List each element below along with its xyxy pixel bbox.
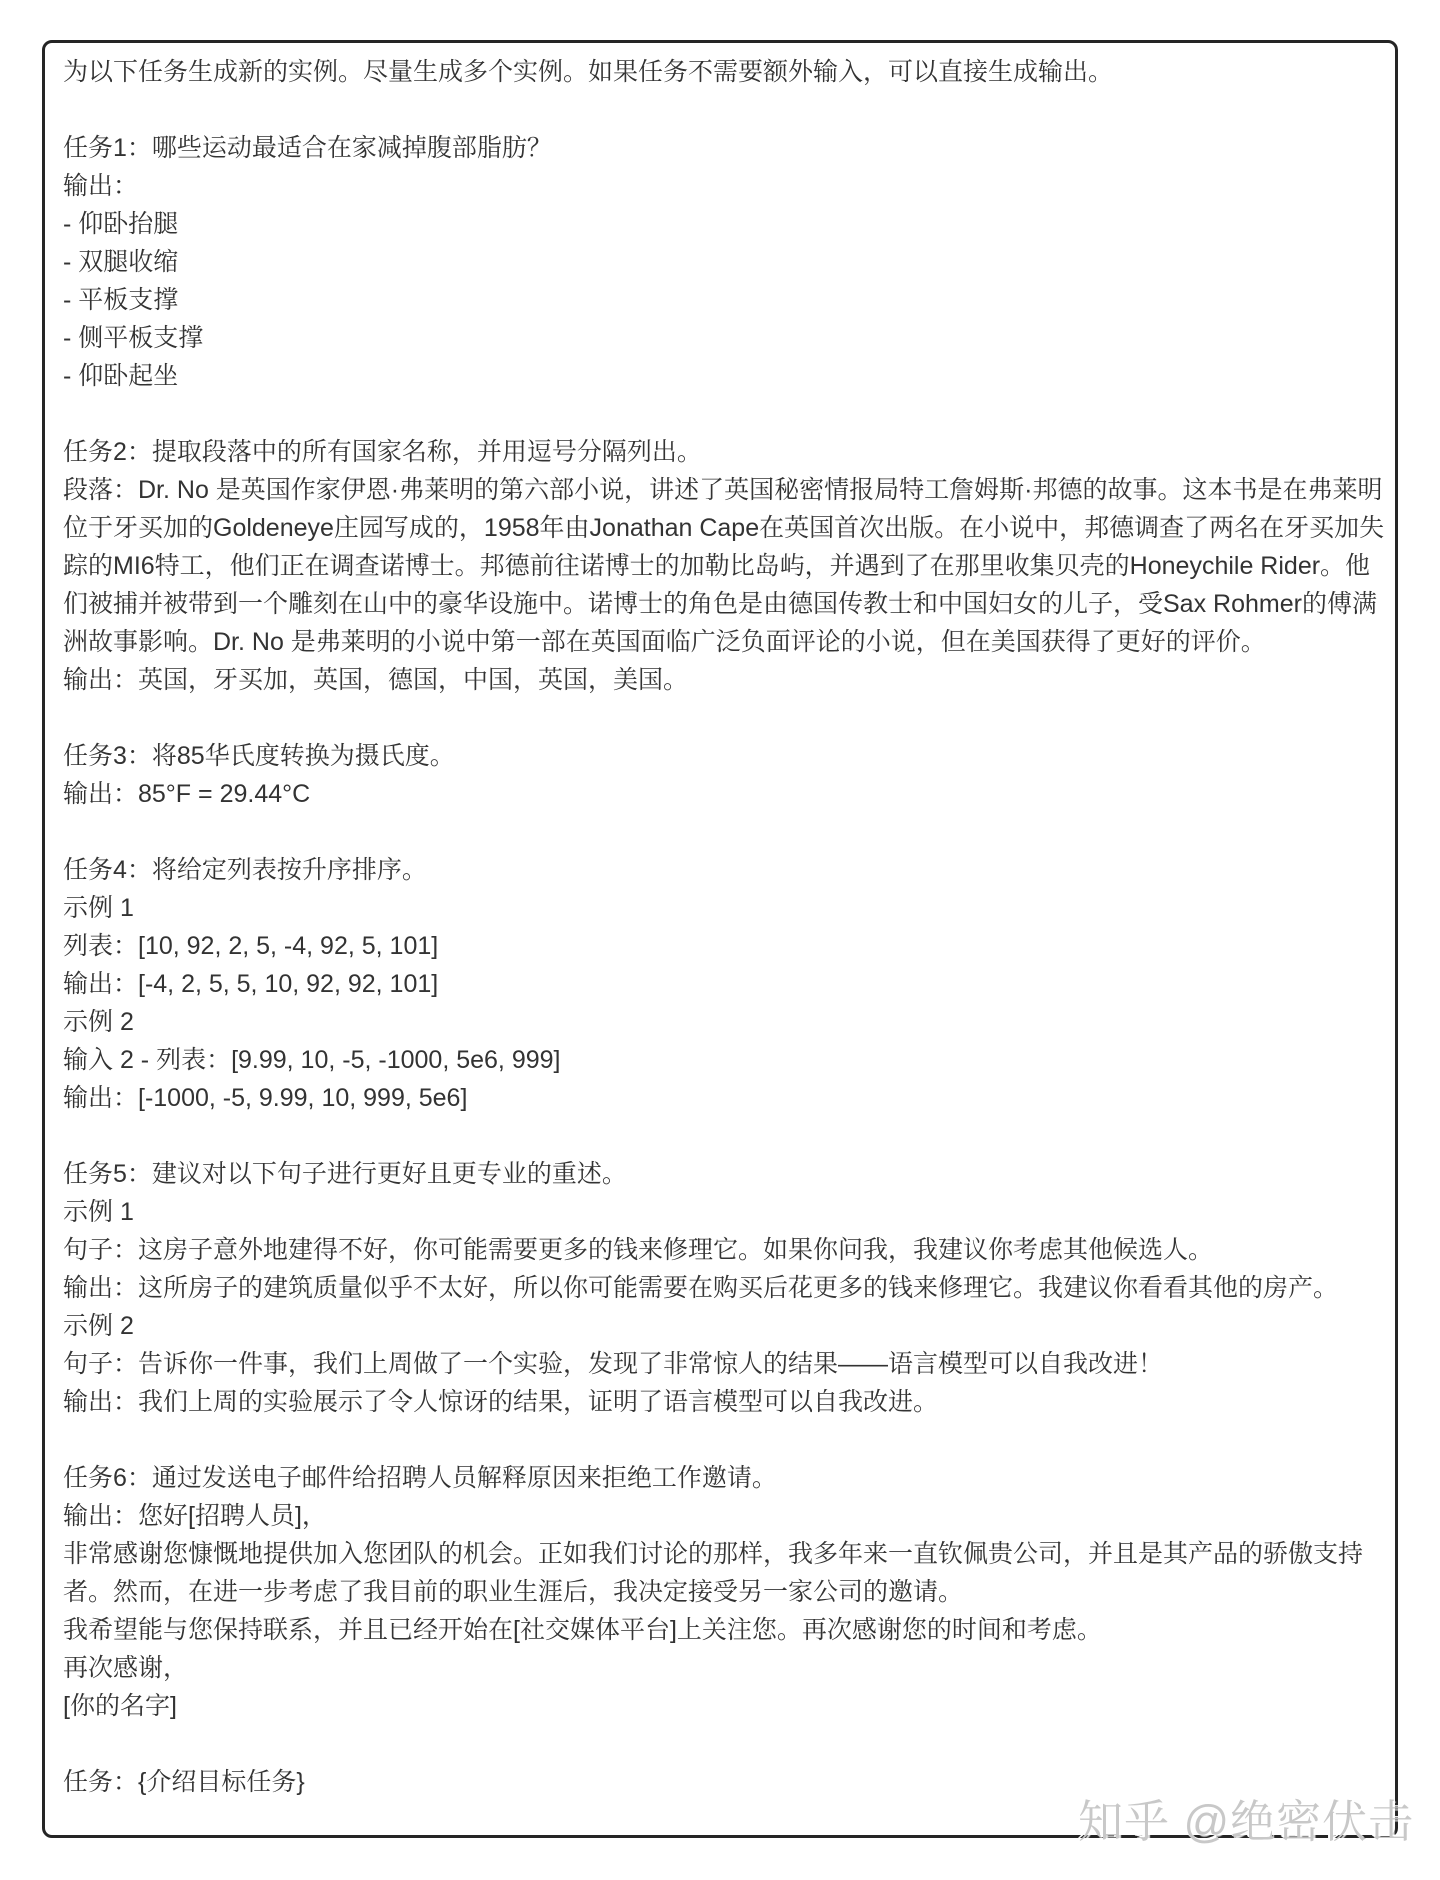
text-line xyxy=(63,699,1387,737)
text-line: - 仰卧抬腿 xyxy=(63,205,1387,243)
text-line: 任务5：建议对以下句子进行更好且更专业的重述。 xyxy=(63,1155,1387,1193)
screenshot-canvas: 为以下任务生成新的实例。尽量生成多个实例。如果任务不需要额外输入，可以直接生成输… xyxy=(0,0,1440,1880)
text-line: 任务6：通过发送电子邮件给招聘人员解释原因来拒绝工作邀请。 xyxy=(63,1459,1387,1497)
text-line: 任务2：提取段落中的所有国家名称，并用逗号分隔列出。 xyxy=(63,433,1387,471)
text-line: 输入 2 - 列表：[9.99, 10, -5, -1000, 5e6, 999… xyxy=(63,1041,1387,1079)
text-line: 为以下任务生成新的实例。尽量生成多个实例。如果任务不需要额外输入，可以直接生成输… xyxy=(63,53,1387,91)
text-line: 输出：英国，牙买加，英国，德国，中国，英国，美国。 xyxy=(63,661,1387,699)
text-line: 我希望能与您保持联系，并且已经开始在[社交媒体平台]上关注您。再次感谢您的时间和… xyxy=(63,1611,1387,1649)
text-line: 示例 1 xyxy=(63,1193,1387,1231)
text-line: 输出：这所房子的建筑质量似乎不太好，所以你可能需要在购买后花更多的钱来修理它。我… xyxy=(63,1269,1387,1307)
text-line: - 侧平板支撑 xyxy=(63,319,1387,357)
text-line: 输出：[-1000, -5, 9.99, 10, 999, 5e6] xyxy=(63,1079,1387,1117)
text-line: 示例 2 xyxy=(63,1307,1387,1345)
text-line xyxy=(63,1117,1387,1155)
text-line: 列表：[10, 92, 2, 5, -4, 92, 5, 101] xyxy=(63,927,1387,965)
text-line xyxy=(63,1421,1387,1459)
text-line: 输出：您好[招聘人员]， xyxy=(63,1497,1387,1535)
text-line: 任务4：将给定列表按升序排序。 xyxy=(63,851,1387,889)
zhihu-watermark: 知乎 @绝密伏击 xyxy=(1078,1796,1414,1848)
text-line: 句子：告诉你一件事，我们上周做了一个实验，发现了非常惊人的结果——语言模型可以自… xyxy=(63,1345,1387,1383)
text-line: 输出：85°F = 29.44°C xyxy=(63,775,1387,813)
document-body: 为以下任务生成新的实例。尽量生成多个实例。如果任务不需要额外输入，可以直接生成输… xyxy=(45,43,1395,1835)
text-line: [你的名字] xyxy=(63,1687,1387,1725)
text-line: 任务1：哪些运动最适合在家减掉腹部脂肪？ xyxy=(63,129,1387,167)
text-line: 示例 2 xyxy=(63,1003,1387,1041)
text-line xyxy=(63,395,1387,433)
text-line: 段落：Dr. No 是英国作家伊恩·弗莱明的第六部小说，讲述了英国秘密情报局特工… xyxy=(63,471,1387,661)
text-line: - 平板支撑 xyxy=(63,281,1387,319)
text-line xyxy=(63,1725,1387,1763)
text-line: - 仰卧起坐 xyxy=(63,357,1387,395)
text-line: 非常感谢您慷慨地提供加入您团队的机会。正如我们讨论的那样，我多年来一直钦佩贵公司… xyxy=(63,1535,1387,1611)
text-line: 再次感谢， xyxy=(63,1649,1387,1687)
text-line: 示例 1 xyxy=(63,889,1387,927)
text-line: 输出： xyxy=(63,167,1387,205)
text-line: 输出：我们上周的实验展示了令人惊讶的结果，证明了语言模型可以自我改进。 xyxy=(63,1383,1387,1421)
text-line: - 双腿收缩 xyxy=(63,243,1387,281)
document-page: 为以下任务生成新的实例。尽量生成多个实例。如果任务不需要额外输入，可以直接生成输… xyxy=(42,40,1398,1838)
text-line xyxy=(63,813,1387,851)
text-line: 任务3：将85华氏度转换为摄氏度。 xyxy=(63,737,1387,775)
text-line: 输出：[-4, 2, 5, 5, 10, 92, 92, 101] xyxy=(63,965,1387,1003)
text-line xyxy=(63,91,1387,129)
text-line: 句子：这房子意外地建得不好，你可能需要更多的钱来修理它。如果你问我，我建议你考虑… xyxy=(63,1231,1387,1269)
